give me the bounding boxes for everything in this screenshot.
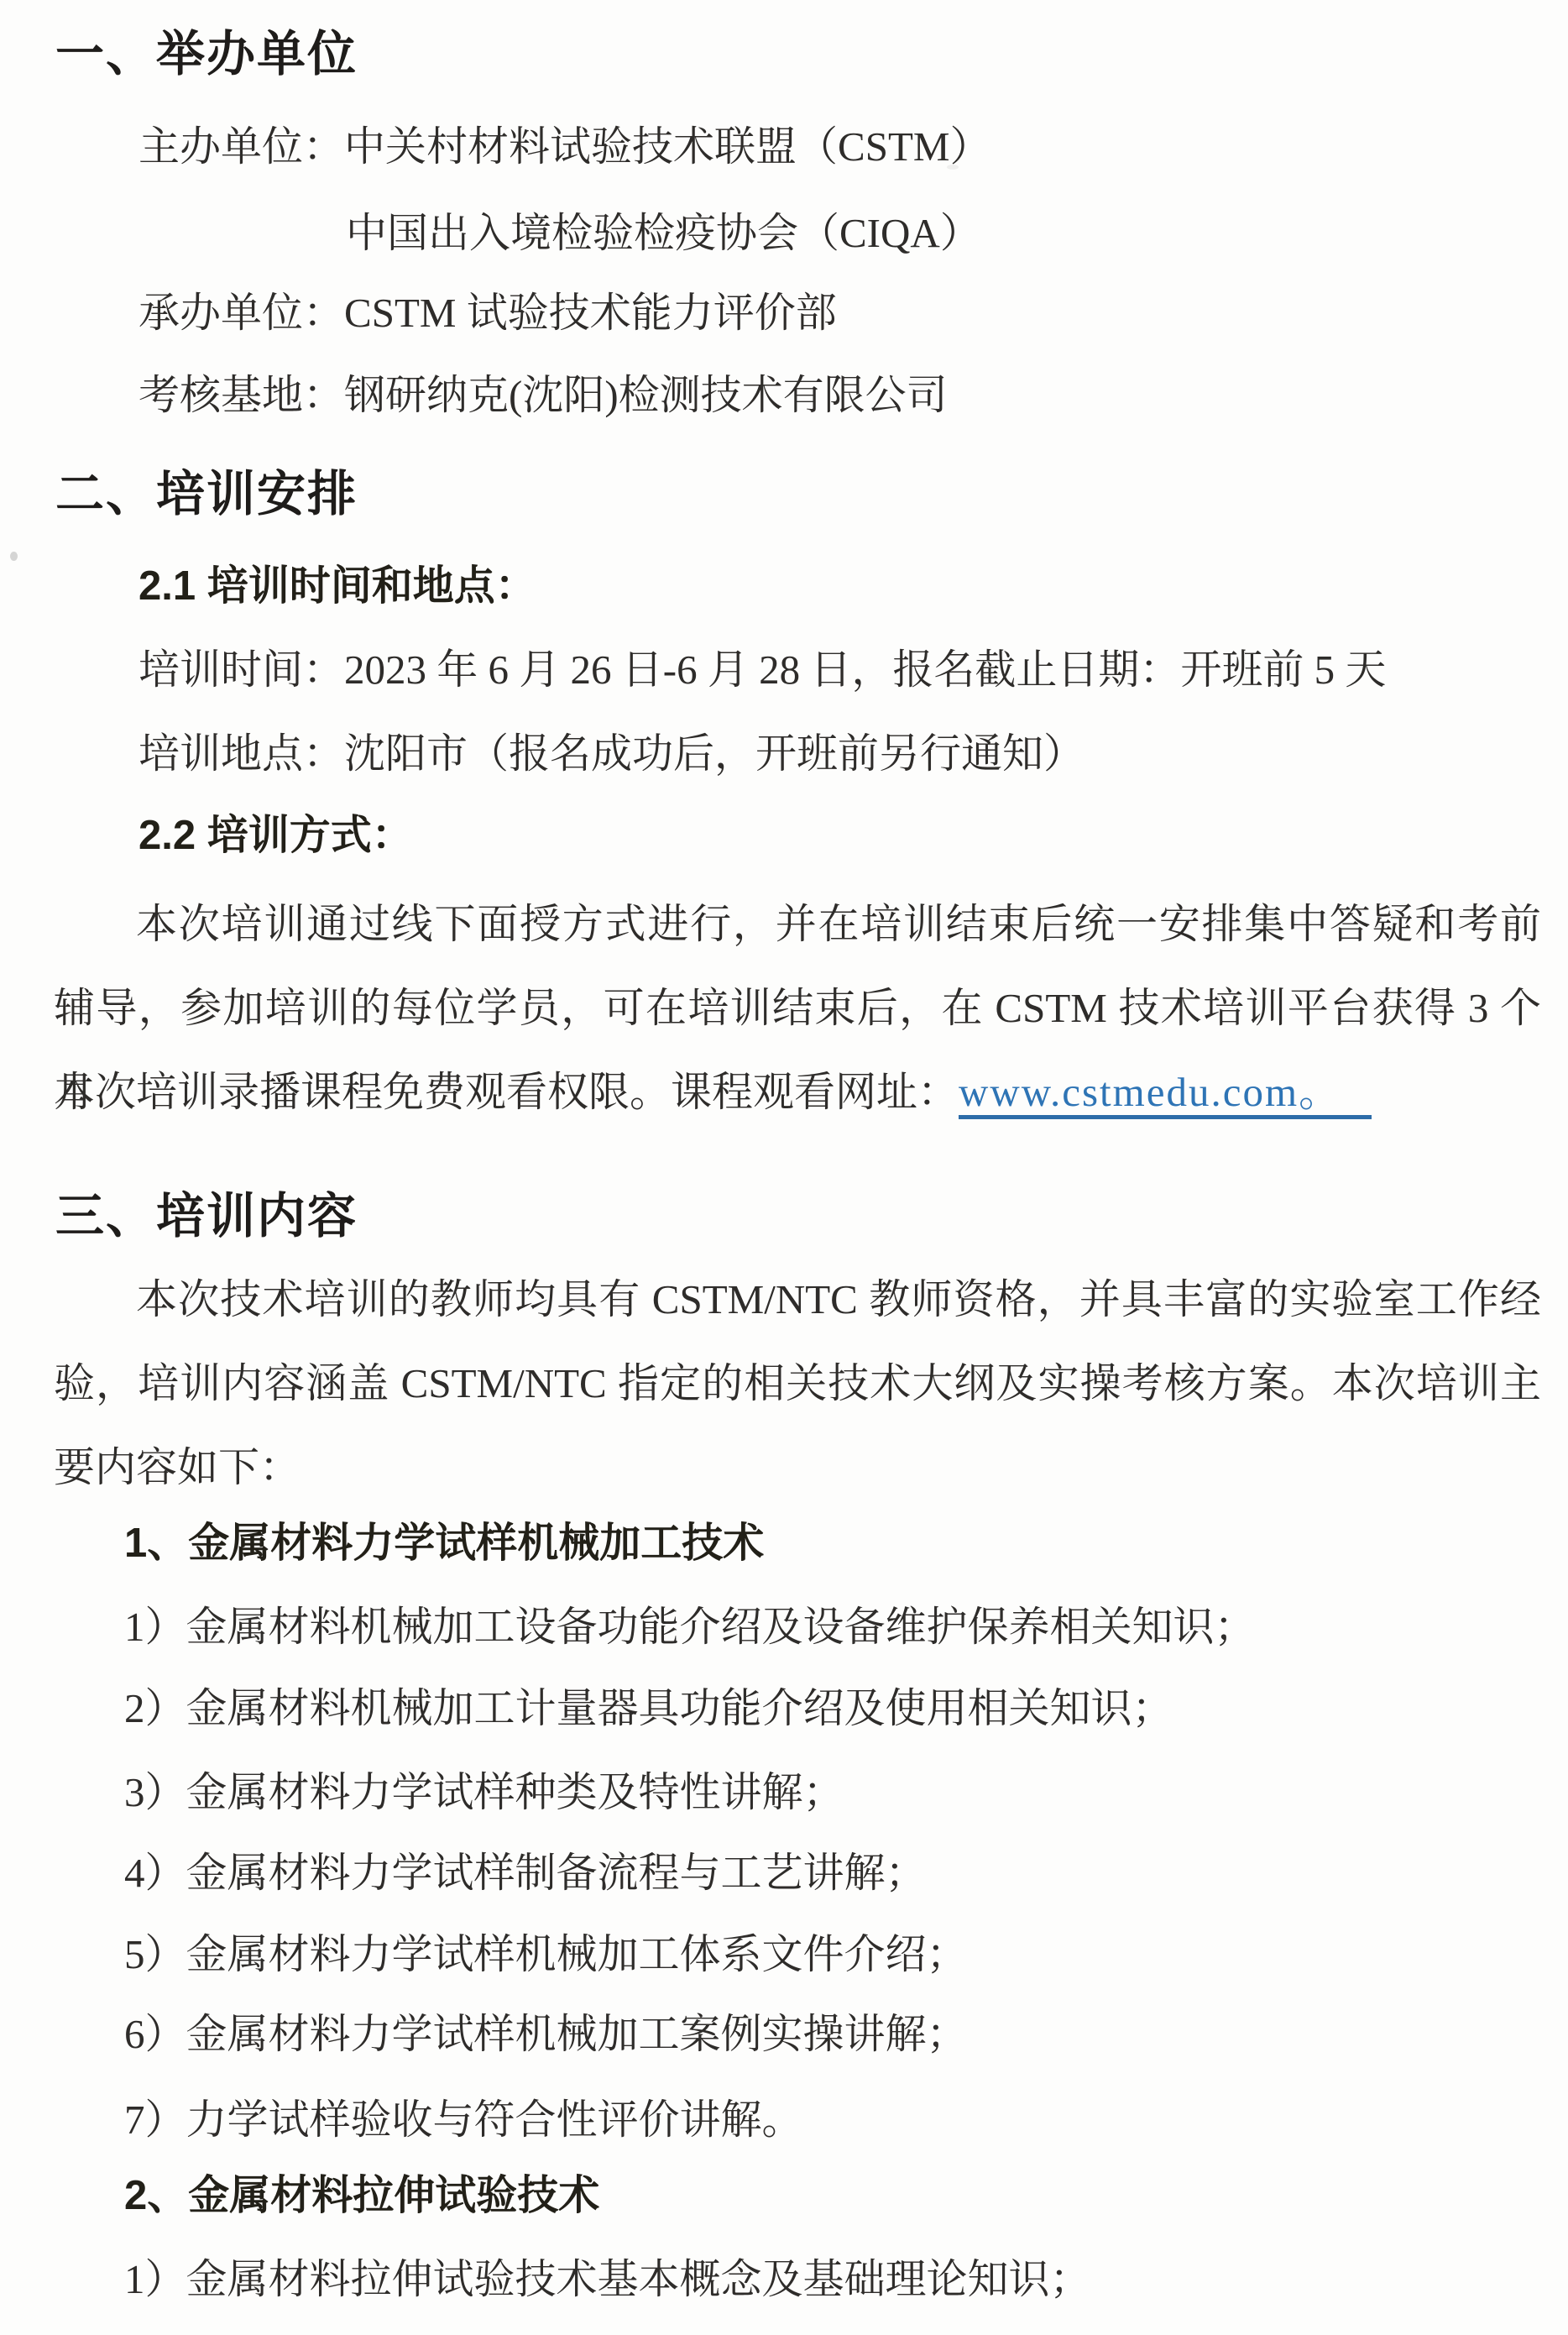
content-group-1-title: 1、金属材料力学试样机械加工技术 — [124, 1501, 764, 1585]
organizer-value: CSTM 试验技术能力评价部 — [344, 290, 837, 336]
organizer-line: 承办单位：CSTM 试验技术能力评价部 — [139, 271, 837, 355]
training-method-paragraph: 本次培训通过线下面授方式进行，并在培训结束后统一安排集中答疑和考前 辅导，参加培… — [54, 882, 1541, 1134]
list-item: 1）金属材料拉伸试验技术基本概念及基础理论知识； — [124, 2238, 1091, 2322]
host-unit-value: 中关村材料试验技术联盟（CSTM） — [344, 123, 990, 170]
training-time-line: 培训时间：2023 年 6 月 26 日-6 月 28 日，报名截止日期：开班前… — [139, 628, 1386, 712]
paragraph-line: 本次培训录播课程免费观看权限。课程观看网址：www.cstmedu.com。 — [54, 1050, 1541, 1134]
course-url-prefix: 本次培训录播课程免费观看权限。课程观看网址： — [54, 1069, 959, 1115]
paragraph-line: 验，培训内容涵盖 CSTM/NTC 指定的相关技术大纲及实操考核方案。本次培训主 — [54, 1342, 1541, 1426]
list-item: 5）金属材料力学试样机械加工体系文件介绍； — [124, 1913, 968, 1997]
section-3-heading: 三、培训内容 — [55, 1175, 358, 1259]
subsection-2-2-heading: 2.2 培训方式： — [139, 793, 413, 877]
paragraph-line: 辅导，参加培训的每位学员，可在培训结束后，在 CSTM 技术培训平台获得 3 个… — [54, 966, 1541, 1050]
organizer-label: 承办单位： — [139, 290, 344, 336]
list-item: 2）金属材料机械加工计量器具功能介绍及使用相关知识； — [124, 1667, 1173, 1751]
section-1-heading: 一、举办单位 — [55, 13, 358, 97]
paragraph-line: 本次技术培训的教师均具有 CSTM/NTC 教师资格，并具丰富的实验室工作经 — [54, 1258, 1541, 1342]
training-place-line: 培训地点：沈阳市（报名成功后，开班前另行通知） — [139, 712, 1085, 796]
list-item: 4）金属材料力学试样制备流程与工艺讲解； — [124, 1831, 927, 1915]
course-url-link[interactable]: www.cstmedu.com。 — [959, 1069, 1372, 1119]
assessment-base-line: 考核基地：钢研纳克(沈阳)检测技术有限公司 — [139, 353, 948, 437]
assessment-base-value: 钢研纳克(沈阳)检测技术有限公司 — [344, 372, 948, 418]
section-2-heading: 二、培训安排 — [55, 453, 358, 537]
content-group-2-title: 2、金属材料拉伸试验技术 — [124, 2154, 599, 2238]
list-item: 3）金属材料力学试样种类及特性讲解； — [124, 1751, 844, 1835]
document-page: 一、举办单位 主办单位：中关村材料试验技术联盟（CSTM） 中国出入境检验检疫协… — [0, 0, 1568, 2335]
training-content-intro-paragraph: 本次技术培训的教师均具有 CSTM/NTC 教师资格，并具丰富的实验室工作经 验… — [54, 1258, 1541, 1510]
scan-speck — [10, 552, 18, 561]
host-unit-label: 主办单位： — [139, 123, 344, 170]
host-unit-line: 主办单位：中关村材料试验技术联盟（CSTM） — [139, 105, 990, 189]
list-item: 7）力学试样验收与符合性评价讲解。 — [124, 2078, 803, 2162]
subsection-2-1-heading: 2.1 培训时间和地点： — [139, 544, 536, 628]
paragraph-line: 要内容如下： — [54, 1426, 1541, 1510]
host-unit-value-2: 中国出入境检验检疫协会（CIQA） — [346, 191, 981, 275]
assessment-base-label: 考核基地： — [139, 372, 344, 418]
paragraph-line: 本次培训通过线下面授方式进行，并在培训结束后统一安排集中答疑和考前 — [54, 882, 1541, 966]
list-item: 1）金属材料机械加工设备功能介绍及设备维护保养相关知识； — [124, 1585, 1256, 1669]
list-item: 6）金属材料力学试样机械加工案例实操讲解； — [124, 1992, 968, 2076]
